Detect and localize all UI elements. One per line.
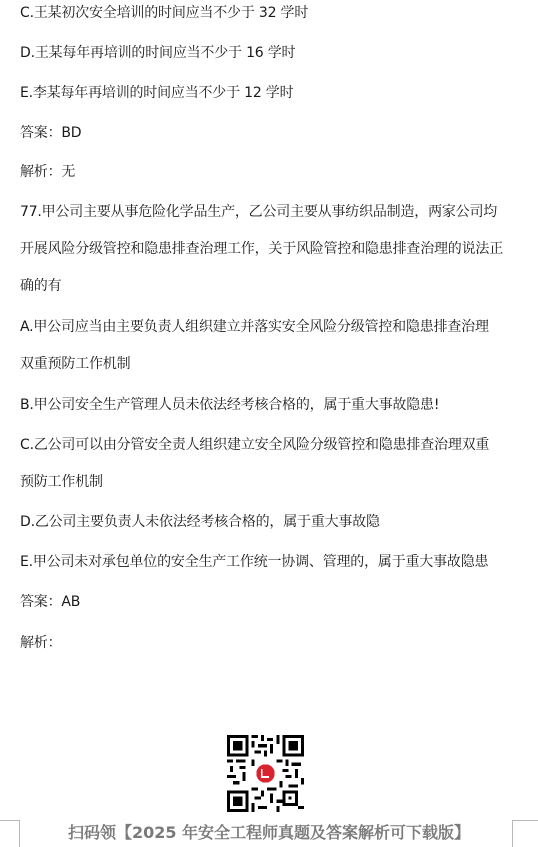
question-stem-line-2: 开展风险分级管控和隐患排查治理工作，关于风险管控和隐患排查治理的说法正 — [20, 240, 503, 258]
option-c-line-1: C.乙公司可以由分管安全责人组织建立安全风险分级管控和隐患排查治理双重 — [20, 436, 489, 454]
option-e-prev: E.李某每年再培训的时间应当不少于 12 学时 — [20, 84, 293, 102]
qr-code-icon[interactable] — [227, 735, 304, 812]
option-a-line-1: A.甲公司应当由主要负责人组织建立并落实安全风险分级管控和隐患排查治理 — [20, 318, 489, 336]
option-d-prev: D.王某每年再培训的时间应当不少于 16 学时 — [20, 44, 295, 62]
option-a-line-2: 双重预防工作机制 — [20, 355, 130, 373]
question-stem-line-3: 确的有 — [20, 277, 61, 295]
answer: 答案：AB — [20, 593, 80, 611]
question-stem-line-1: 77.甲公司主要从事危险化学品生产，乙公司主要从事纺织品制造，两家公司均 — [20, 203, 497, 221]
option-d: D.乙公司主要负责人未依法经考核合格的，属于重大事故隐 — [20, 513, 380, 531]
option-c-prev: C.王某初次安全培训的时间应当不少于 32 学时 — [20, 4, 308, 22]
option-e: E.甲公司未对承包单位的安全生产工作统一协调、管理的，属于重大事故隐患 — [20, 553, 488, 571]
analysis-prev: 解析：无 — [20, 163, 75, 181]
footer-caption: 扫码领【2025 年安全工程师真题及答案解析可下载版】 — [0, 822, 538, 844]
analysis: 解析： — [20, 634, 61, 652]
option-b: B.甲公司安全生产管理人员未依法经考核合格的，属于重大事故隐患! — [20, 396, 439, 414]
option-c-line-2: 预防工作机制 — [20, 473, 103, 491]
answer-prev: 答案：BD — [20, 124, 81, 142]
